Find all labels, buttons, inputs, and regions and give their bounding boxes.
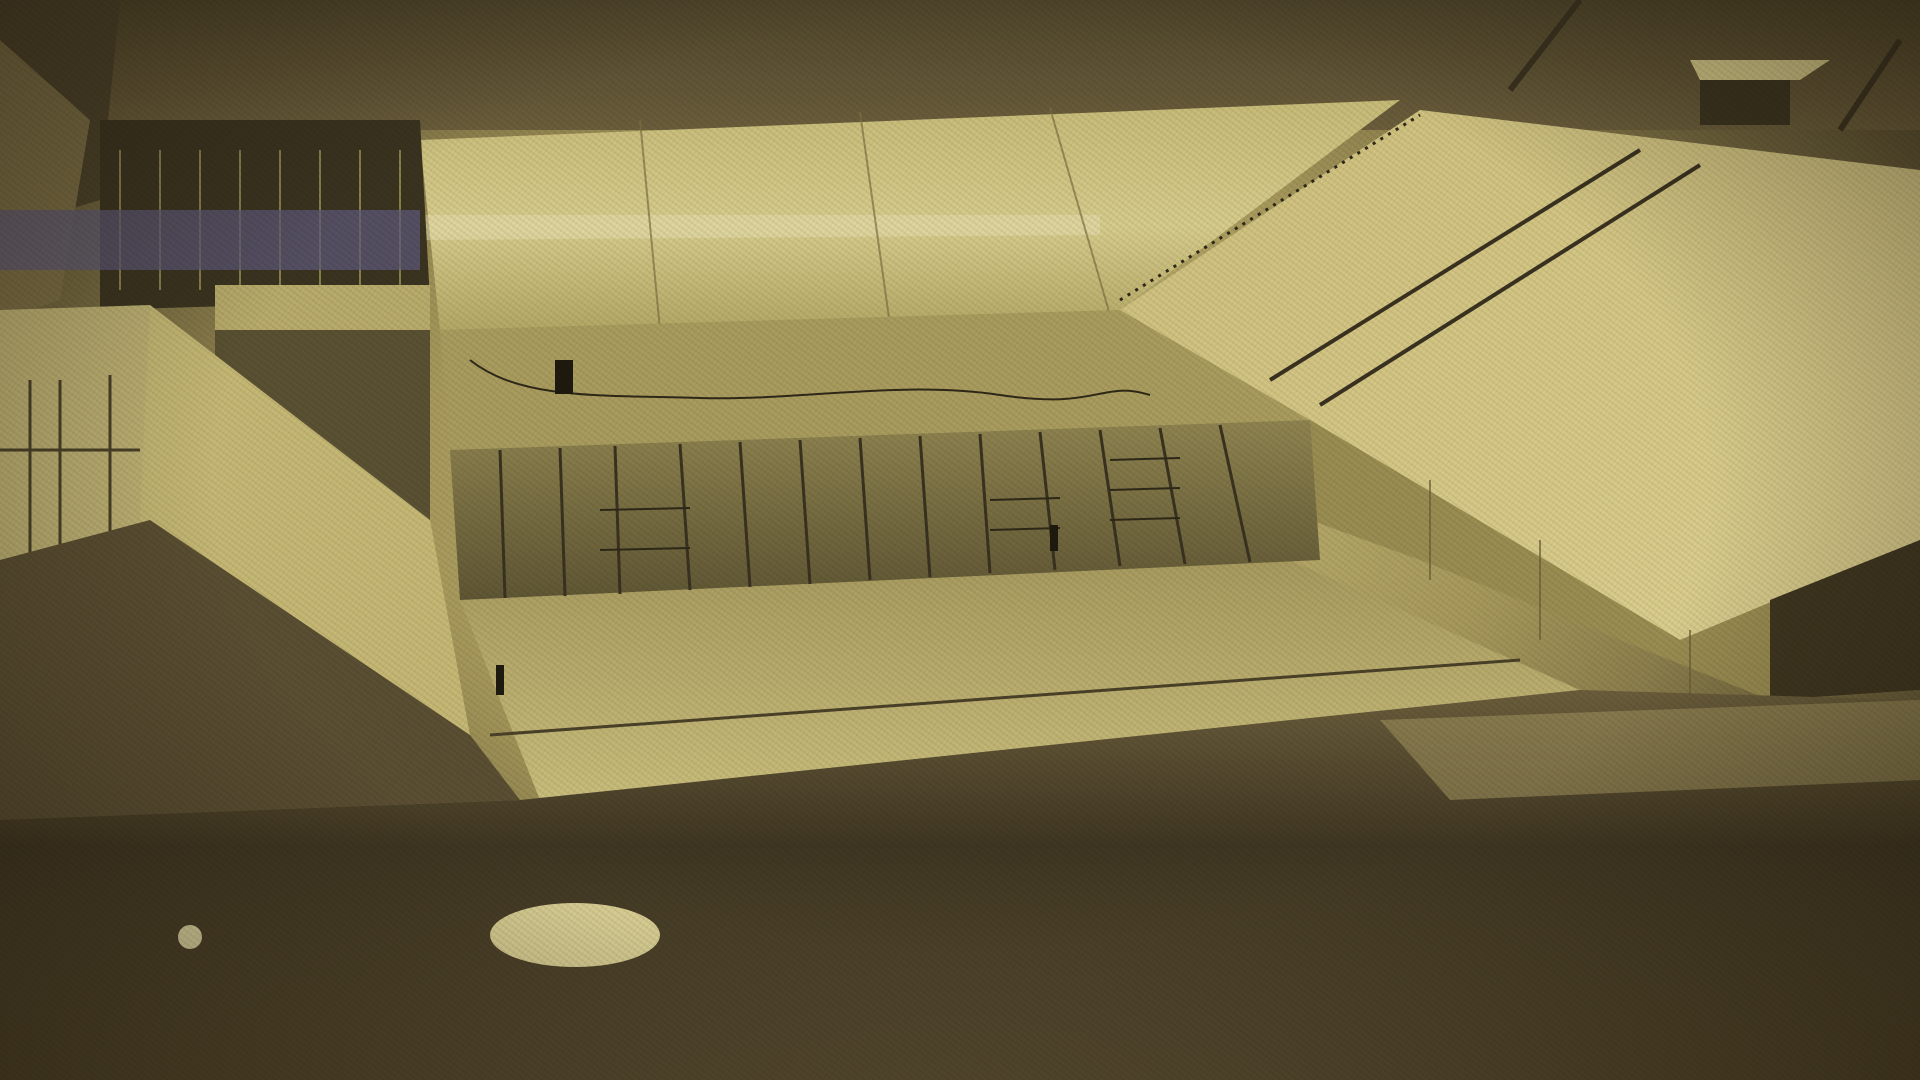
vignette-overlay — [0, 0, 1920, 1080]
construction-photo — [0, 0, 1920, 1080]
